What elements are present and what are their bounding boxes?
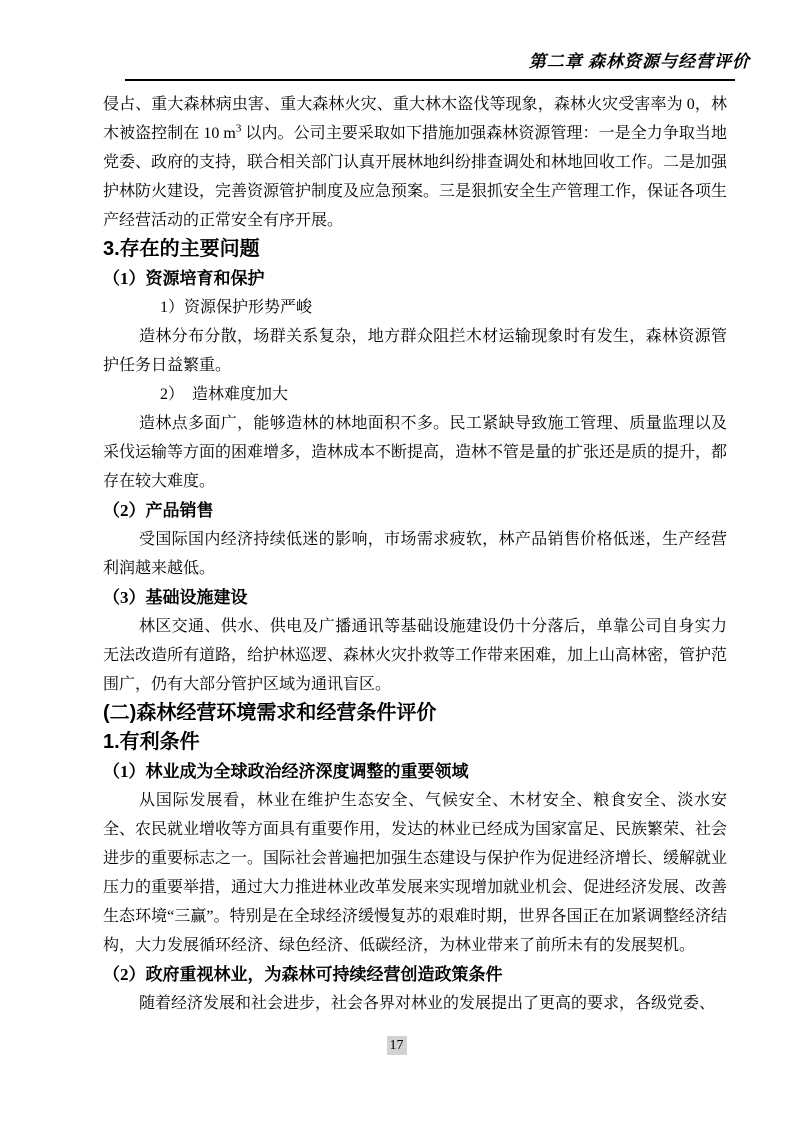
heading-section-management-environment: (二)森林经营环境需求和经营条件评价 (103, 699, 727, 728)
heading-infrastructure: （3）基础设施建设 (103, 583, 727, 612)
document-content: 侵占、重大森林病虫害、重大森林火灾、重大林木盗伐等现象，森林火灾受害率为 0，林… (103, 90, 727, 1018)
page-number: 17 (387, 1036, 407, 1055)
heading-forestry-global-adjustment: （1）林业成为全球政治经济深度调整的重要领域 (103, 757, 727, 786)
page-footer: 17 (0, 1036, 793, 1055)
paragraph-protection-situation: 造林分布分散，场群关系复杂，地方群众阻拦木材运输现象时有发生，森林资源管护任务日… (103, 322, 727, 380)
heading-product-sales: （2）产品销售 (103, 496, 727, 525)
list-item-protection-situation: 1）资源保护形势严峻 (103, 293, 727, 322)
paragraph-government-policy: 随着经济发展和社会进步，社会各界对林业的发展提出了更高的要求，各级党委、 (103, 989, 727, 1018)
heading-main-problems: 3.存在的主要问题 (103, 235, 727, 264)
heading-resource-cultivation-protection: （1）资源培育和保护 (103, 264, 727, 293)
paragraph-management-measures: 侵占、重大森林病虫害、重大森林火灾、重大林木盗伐等现象，森林火灾受害率为 0，林… (103, 90, 727, 235)
paragraph-product-sales: 受国际国内经济持续低迷的影响，市场需求疲软，林产品销售价格低迷，生产经营利润越来… (103, 525, 727, 583)
heading-government-policy: （2）政府重视林业，为森林可持续经营创造政策条件 (103, 960, 727, 989)
document-page: 第二章 森林资源与经营评价 侵占、重大森林病虫害、重大森林火灾、重大林木盗伐等现… (0, 0, 793, 1122)
list-item-afforestation-difficulty: 2） 造林难度加大 (103, 380, 727, 409)
header-rule (125, 79, 735, 81)
paragraph-global-development: 从国际发展看，林业在维护生态安全、气候安全、木材安全、粮食安全、淡水安全、农民就… (103, 786, 727, 960)
heading-favorable-conditions: 1.有利条件 (103, 728, 727, 757)
paragraph-afforestation-difficulty: 造林点多面广，能够造林的林地面积不多。民工紧缺导致施工管理、质量监理以及采伐运输… (103, 409, 727, 496)
chapter-header-title: 第二章 森林资源与经营评价 (103, 50, 750, 74)
paragraph-infrastructure: 林区交通、供水、供电及广播通讯等基础设施建设仍十分落后，单靠公司自身实力无法改造… (103, 612, 727, 699)
page-header: 第二章 森林资源与经营评价 (103, 50, 750, 89)
